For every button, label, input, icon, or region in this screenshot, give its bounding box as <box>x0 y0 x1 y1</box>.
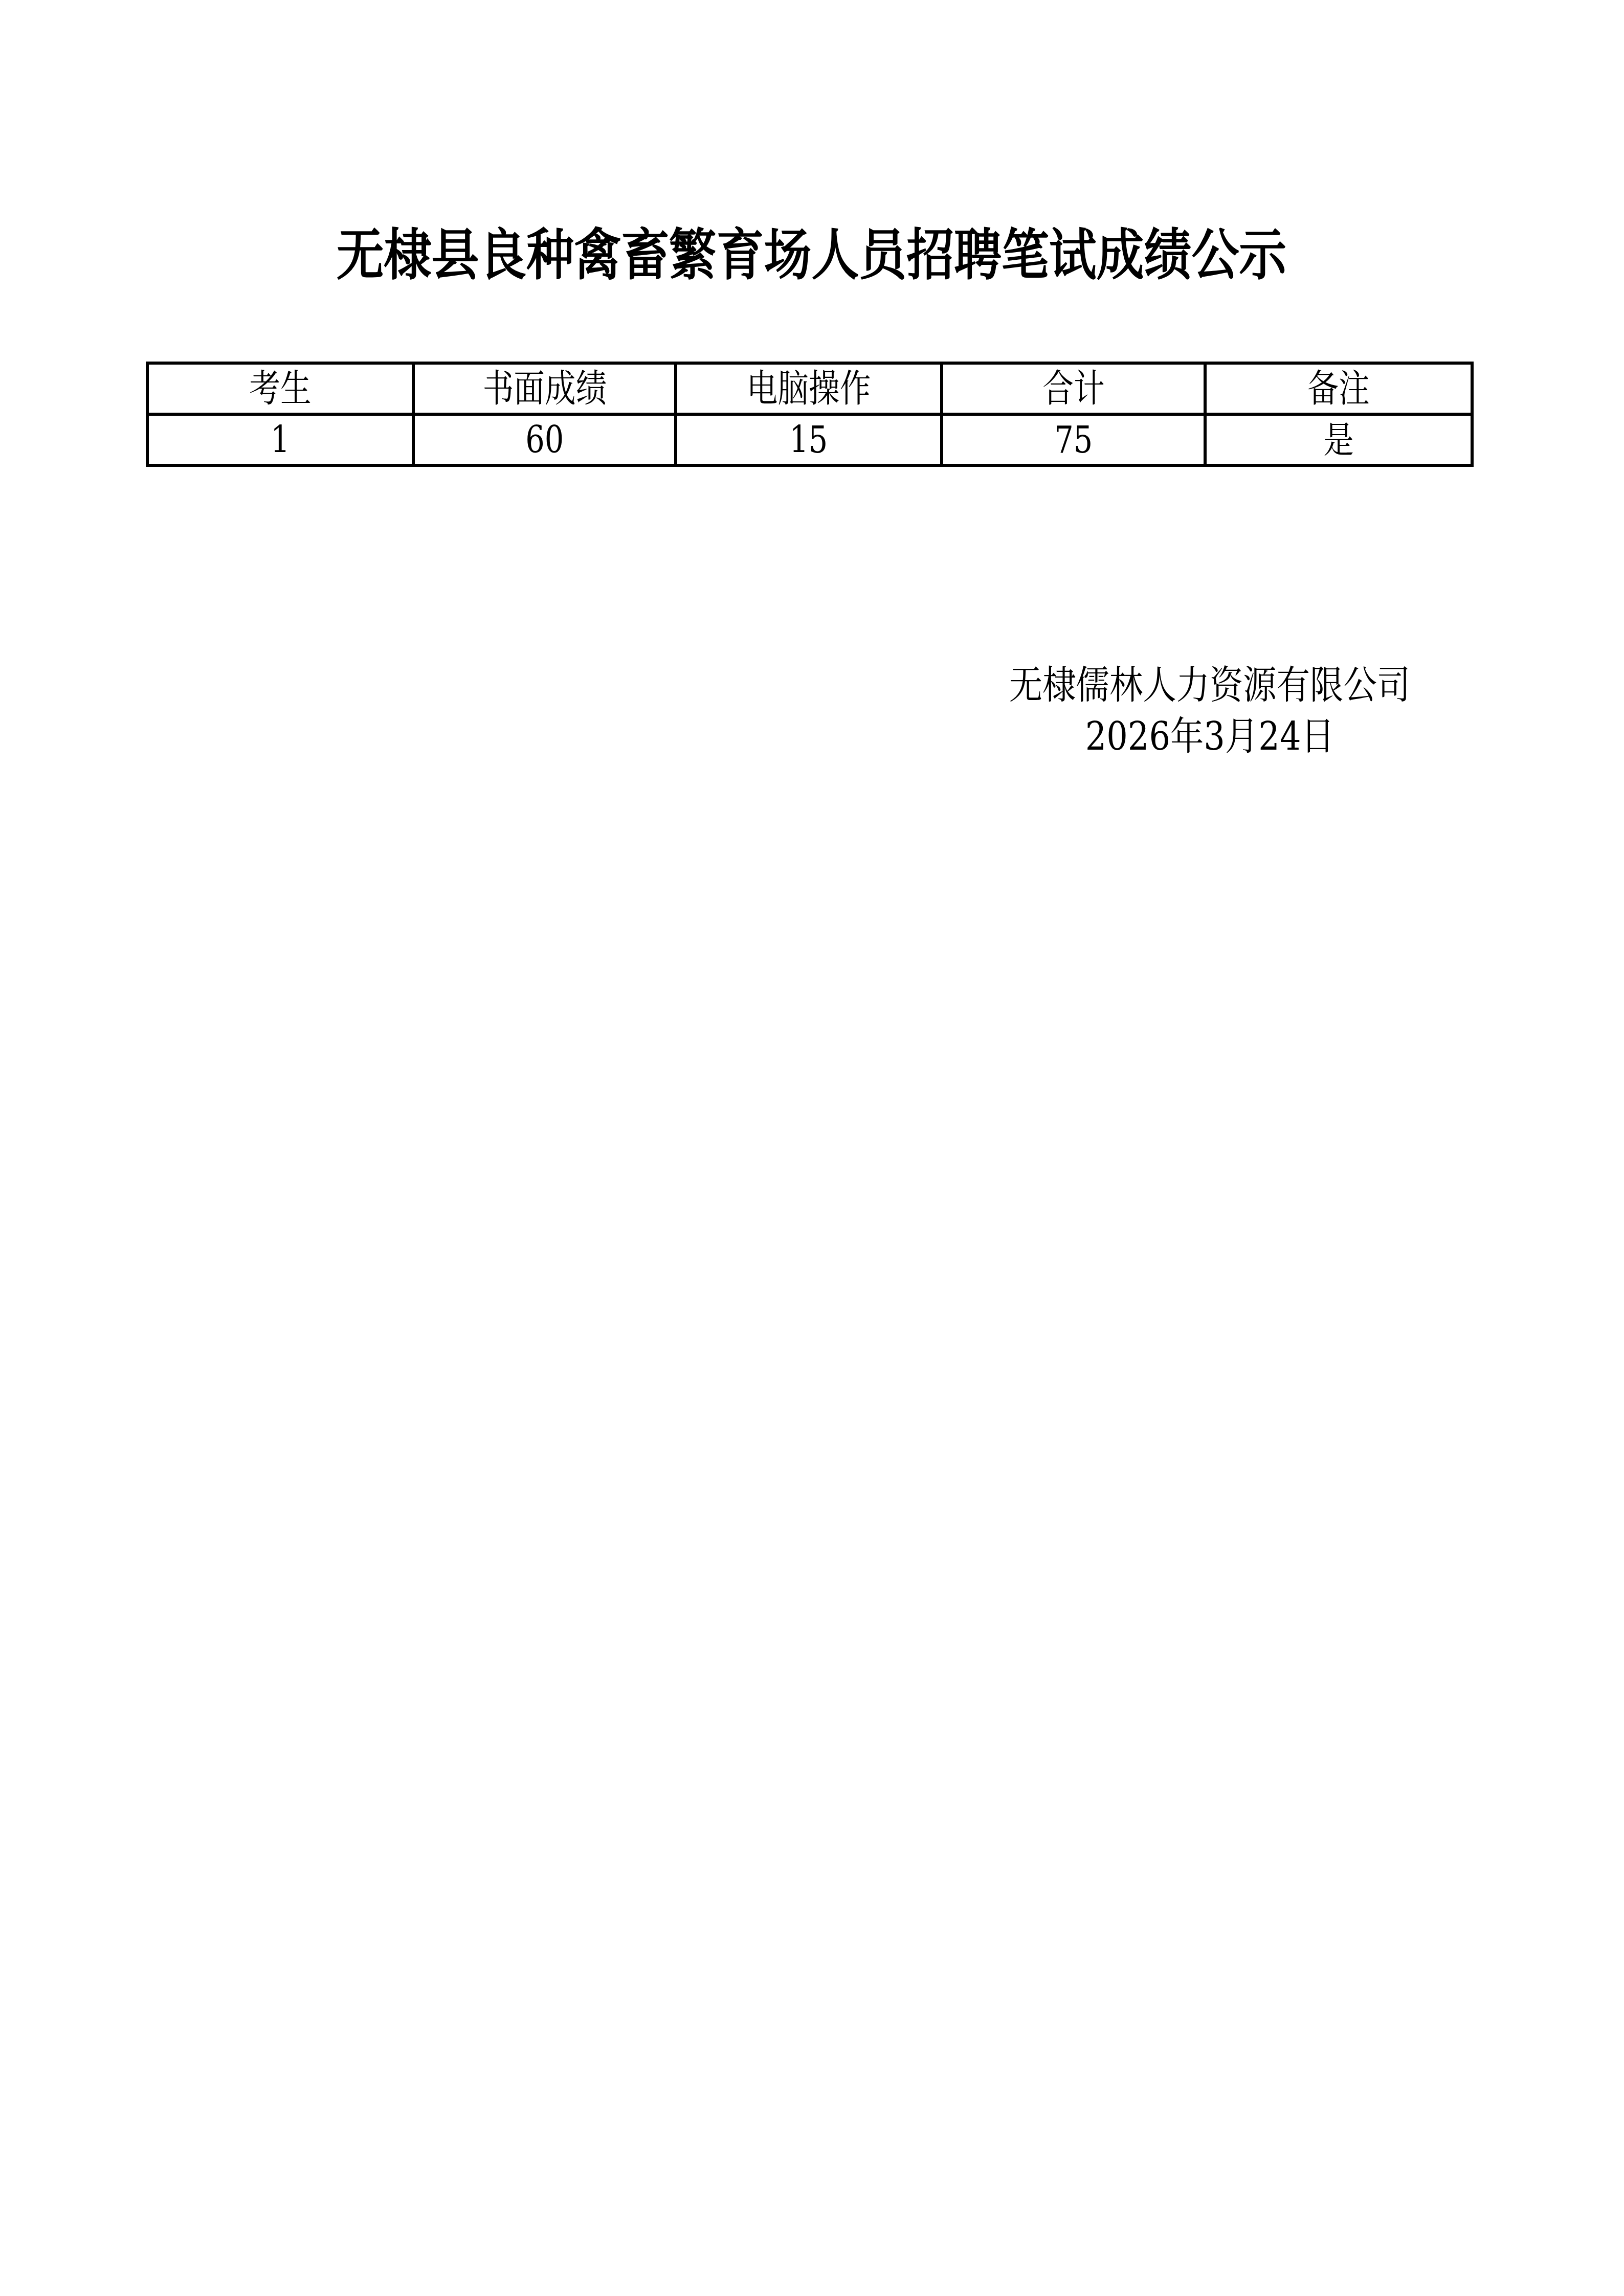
cell-remarks: 是 <box>1205 414 1472 465</box>
score-table: 考生 书面成绩 电脑操作 合计 备注 1 60 15 75 是 <box>146 362 1474 467</box>
column-header-label: 电脑操作 <box>747 365 871 413</box>
table-header-row: 考生 书面成绩 电脑操作 合计 备注 <box>147 363 1472 414</box>
issuer-company: 无棣儒林人力资源有限公司 <box>939 660 1481 711</box>
issuer-company-text: 无棣儒林人力资源有限公司 <box>1009 660 1410 711</box>
table-row: 1 60 15 75 是 <box>147 414 1472 465</box>
column-header-label: 备注 <box>1307 365 1369 413</box>
column-header-label: 书面成绩 <box>482 365 607 413</box>
column-header-computer-operation: 电脑操作 <box>676 363 942 414</box>
column-header-label: 考生 <box>249 365 311 413</box>
cell-value: 75 <box>1054 416 1093 464</box>
cell-value: 15 <box>789 416 828 464</box>
column-header-candidate: 考生 <box>147 363 413 414</box>
document-title: 无棣县良种禽畜繁育场人员招聘笔试成绩公示 <box>113 221 1510 290</box>
column-header-label: 合计 <box>1042 365 1104 413</box>
cell-value: 60 <box>525 416 564 464</box>
cell-written-score: 60 <box>413 414 676 465</box>
cell-value: 是 <box>1323 416 1353 464</box>
issue-date: 2026年3月24日 <box>939 711 1481 762</box>
cell-total: 75 <box>942 414 1205 465</box>
cell-computer-operation: 15 <box>676 414 942 465</box>
column-header-remarks: 备注 <box>1205 363 1472 414</box>
column-header-total: 合计 <box>942 363 1205 414</box>
cell-candidate: 1 <box>147 414 413 465</box>
column-header-written-score: 书面成绩 <box>413 363 676 414</box>
issue-date-text: 2026年3月24日 <box>1085 711 1334 762</box>
cell-value: 1 <box>271 416 290 464</box>
